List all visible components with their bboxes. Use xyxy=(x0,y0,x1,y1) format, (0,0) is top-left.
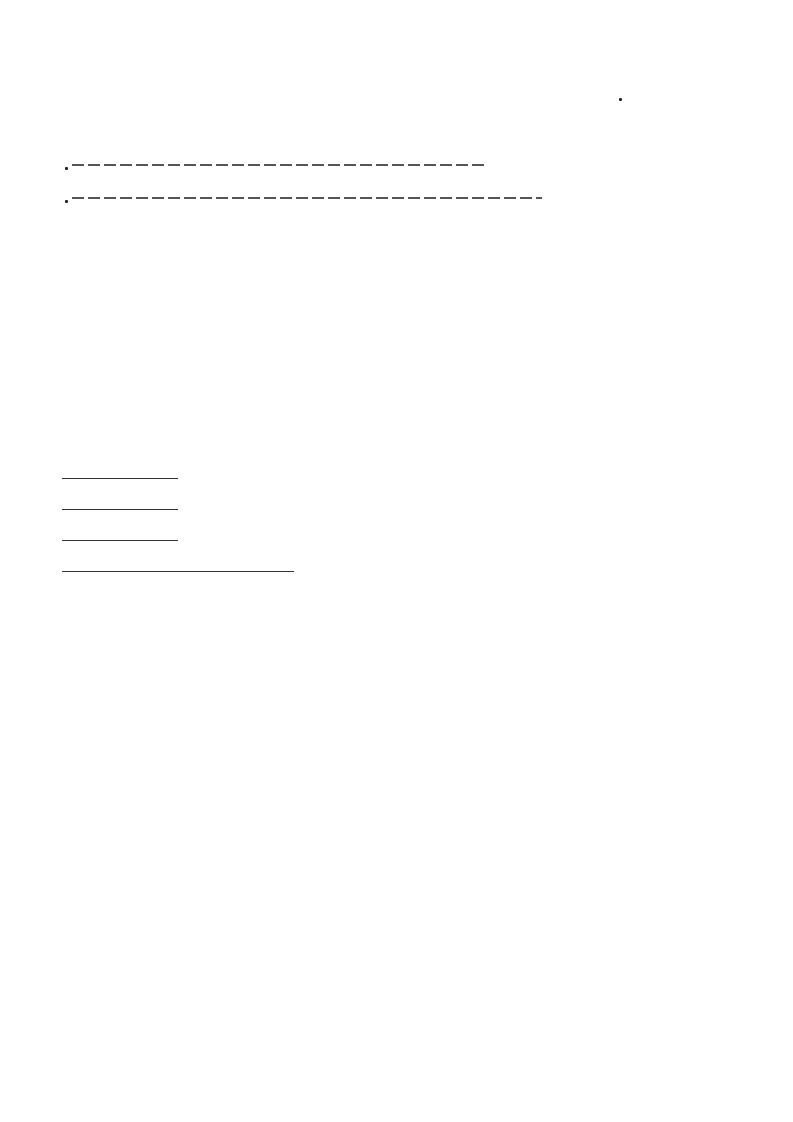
answer-blank-5[interactable] xyxy=(178,555,294,572)
q4-passage-l2 xyxy=(62,462,178,486)
answer-blank-4[interactable] xyxy=(62,555,178,572)
q4-passage-l3 xyxy=(62,493,178,517)
answer-line[interactable] xyxy=(72,197,542,199)
q2-write-abac xyxy=(66,182,542,206)
q4-passage-l4 xyxy=(62,524,178,548)
q2-write-antonym xyxy=(66,149,487,173)
answer-blank-2[interactable] xyxy=(62,493,178,510)
answer-line[interactable] xyxy=(72,164,487,166)
answer-blank-3[interactable] xyxy=(62,524,178,541)
answer-blank-1[interactable] xyxy=(62,462,178,479)
q4-passage-l5 xyxy=(62,555,294,579)
exam-page xyxy=(0,0,793,1122)
